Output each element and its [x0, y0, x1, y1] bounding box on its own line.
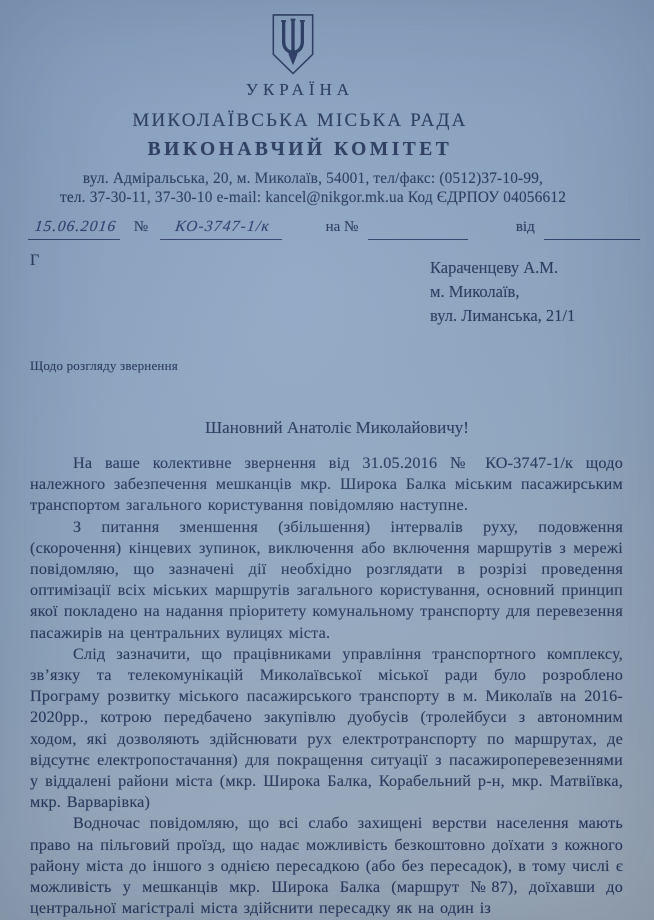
trident-icon — [270, 13, 316, 76]
ukraine-coat-of-arms — [270, 13, 316, 76]
reference-line: 15.06.2016 № КО-3747-1/к на № від — [28, 218, 632, 239]
organization-title: МИКОЛАЇВСЬКА МІСЬКА РАДА — [0, 110, 600, 132]
from-date-blank — [544, 218, 640, 240]
corner-mark: Г — [30, 252, 39, 270]
recipient-block: Караченцеву А.М. м. Миколаїв, вул. Лиман… — [430, 256, 575, 328]
department-title: ВИКОНАВЧИЙ КОМІТЕТ — [0, 139, 600, 161]
subject-line: Щодо розгляду звернення — [30, 358, 178, 374]
incoming-number-blank — [368, 218, 468, 240]
country-title: УКРАЇНА — [0, 80, 600, 100]
paragraph-3: Слід зазначити, що працівниками управлін… — [30, 644, 623, 814]
recipient-street: вул. Лиманська, 21/1 — [430, 304, 575, 328]
handwritten-outgoing-number: КО-3747-1/к — [160, 218, 285, 240]
address-line-2: тел. 37-30-11, 37-30-10 e-mail: kancel@n… — [8, 189, 618, 207]
paragraph-1: На ваше колективне звернення від 31.05.2… — [30, 453, 623, 517]
handwritten-date: 15.06.2016 — [28, 218, 123, 240]
from-date-label: від — [516, 219, 535, 240]
recipient-name: Караченцеву А.М. — [430, 256, 575, 280]
incoming-number-label: на № — [326, 219, 359, 240]
salutation: Шановний Анатоліє Миколайовичу! — [10, 418, 654, 438]
letter-body: На ваше колективне звернення від 31.05.2… — [30, 453, 623, 919]
recipient-city: м. Миколаїв, — [430, 280, 575, 304]
paragraph-4: Водночас повідомляю, що всі слабо захище… — [30, 813, 623, 919]
scanned-letter-photo: УКРАЇНА МИКОЛАЇВСЬКА МІСЬКА РАДА ВИКОНАВ… — [0, 0, 654, 920]
address-line-1: вул. Адміральська, 20, м. Миколаїв, 5400… — [8, 170, 618, 188]
number-label: № — [134, 219, 148, 240]
letter-page: УКРАЇНА МИКОЛАЇВСЬКА МІСЬКА РАДА ВИКОНАВ… — [0, 0, 654, 920]
paragraph-2: З питання зменшення (збільшення) інтерва… — [30, 517, 623, 644]
